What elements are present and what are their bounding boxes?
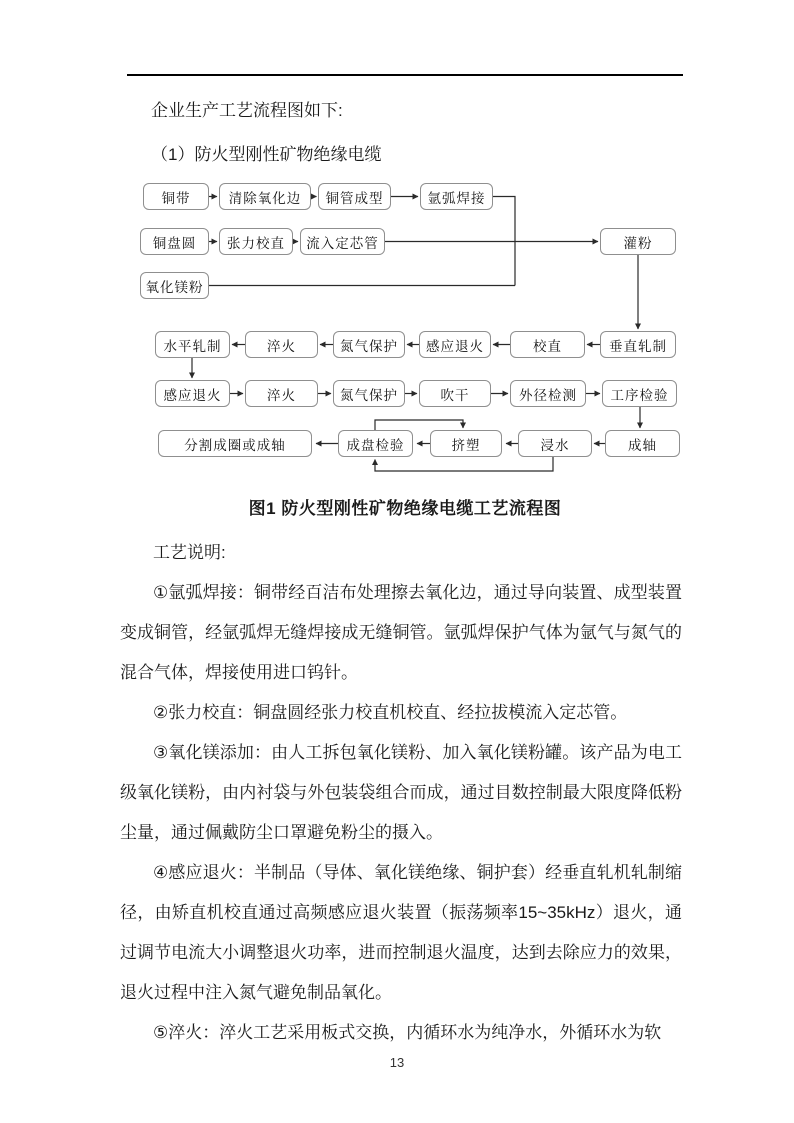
- flow-node: 氮气保护: [333, 380, 405, 407]
- list-item-heading: （1）防火型刚性矿物绝缘电缆: [151, 140, 381, 165]
- process-note-2: ②张力校直：铜盘圆经张力校直机校直、经拉拔模流入定芯管。: [120, 693, 682, 733]
- flow-node: 校直: [510, 331, 585, 358]
- flow-node: 清除氧化边: [219, 183, 311, 210]
- flow-node: 垂直轧制: [600, 331, 676, 358]
- header-rule: [127, 74, 683, 76]
- flow-node: 挤塑: [430, 430, 502, 457]
- flow-node: 淬火: [245, 380, 318, 407]
- flow-node: 淬火: [245, 331, 318, 358]
- figure-caption: 图1 防火型刚性矿物绝缘电缆工艺流程图: [127, 494, 683, 519]
- process-flowchart: 铜带 清除氧化边 铜管成型 氩弧焊接 铜盘圆 张力校直 流入定芯管 灌粉 氧化镁…: [130, 180, 690, 480]
- flow-node: 感应退火: [155, 380, 230, 407]
- process-note-4: ④感应退火：半制品（导体、氧化镁绝缘、铜护套）经垂直轧机轧制缩径，由矫直机校直通…: [120, 853, 682, 1013]
- flow-node: 流入定芯管: [300, 228, 385, 255]
- flow-node: 工序检验: [602, 380, 677, 407]
- page-number: 13: [0, 1055, 794, 1070]
- process-note-5: ⑤淬火：淬火工艺采用板式交换，内循环水为纯净水，外循环水为软: [120, 1013, 682, 1053]
- flow-node: 成盘检验: [338, 430, 413, 457]
- flow-node: 感应退火: [419, 331, 491, 358]
- flow-node: 分割成圈或成轴: [158, 430, 312, 457]
- flow-node: 水平轧制: [155, 331, 230, 358]
- flow-node: 铜管成型: [318, 183, 391, 210]
- process-note-3: ③氧化镁添加：由人工拆包氧化镁粉、加入氧化镁粉罐。该产品为电工级氧化镁粉，由内衬…: [120, 733, 682, 853]
- flow-node: 张力校直: [219, 228, 293, 255]
- flow-node: 外径检测: [510, 380, 586, 407]
- process-note-1: ①氩弧焊接：铜带经百洁布处理擦去氧化边，通过导向装置、成型装置变成铜管，经氩弧焊…: [120, 573, 682, 693]
- process-notes: 工艺说明: ①氩弧焊接：铜带经百洁布处理擦去氧化边，通过导向装置、成型装置变成铜…: [120, 533, 682, 1053]
- flow-node: 氧化镁粉: [140, 272, 209, 299]
- flow-node: 灌粉: [600, 228, 676, 255]
- flow-node: 成轴: [605, 430, 680, 457]
- flow-node: 浸水: [518, 430, 592, 457]
- notes-intro: 工艺说明:: [120, 533, 682, 573]
- flow-node: 氩弧焊接: [420, 183, 493, 210]
- section-heading: 企业生产工艺流程图如下:: [151, 96, 343, 121]
- flow-node: 吹干: [419, 380, 491, 407]
- flow-node: 氮气保护: [333, 331, 405, 358]
- flow-node: 铜带: [143, 183, 209, 210]
- document-page: 企业生产工艺流程图如下: （1）防火型刚性矿物绝缘电缆: [0, 0, 794, 1123]
- flow-node: 铜盘圆: [140, 228, 209, 255]
